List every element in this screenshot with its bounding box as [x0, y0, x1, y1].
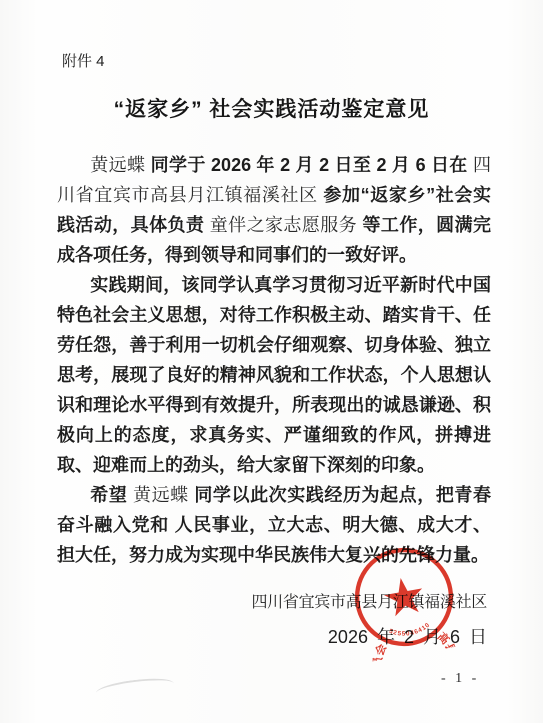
seal-star-icon	[382, 575, 426, 618]
official-seal-stamp: 高县月江镇福溪社区居民委员会 5255046410	[337, 530, 471, 664]
template-text: 同学于 2026 年 2 月 2 日至 2 月 6 日在	[145, 155, 473, 175]
document-title: “返家乡” 社会实践活动鉴定意见	[0, 93, 543, 123]
attachment-label: 附件 4	[62, 50, 105, 71]
document-body: 黄远蝶 同学于 2026 年 2 月 2 日至 2 月 6 日在 四川省宜宾市高…	[57, 150, 491, 570]
template-text: 希望	[90, 485, 133, 505]
student-name: 黄远蝶	[90, 155, 145, 175]
scan-artifact	[95, 675, 174, 700]
paragraph-performance: 实践期间，该同学认真学习贯彻习近平新时代中国特色社会主义思想，对待工作积极主动、…	[57, 270, 491, 480]
student-name: 黄远蝶	[133, 485, 189, 505]
document-page: 附件 4 “返家乡” 社会实践活动鉴定意见 黄远蝶 同学于 2026 年 2 月…	[0, 0, 543, 723]
page-number: - 1 -	[441, 671, 479, 687]
practice-duty: 童伴之家志愿服务	[210, 215, 357, 235]
paragraph-intro: 黄远蝶 同学于 2026 年 2 月 2 日至 2 月 6 日在 四川省宜宾市高…	[57, 150, 491, 270]
template-text: 实践期间，该同学认真学习贯彻习近平新时代中国特色社会主义思想，对待工作积极主动、…	[57, 275, 491, 475]
